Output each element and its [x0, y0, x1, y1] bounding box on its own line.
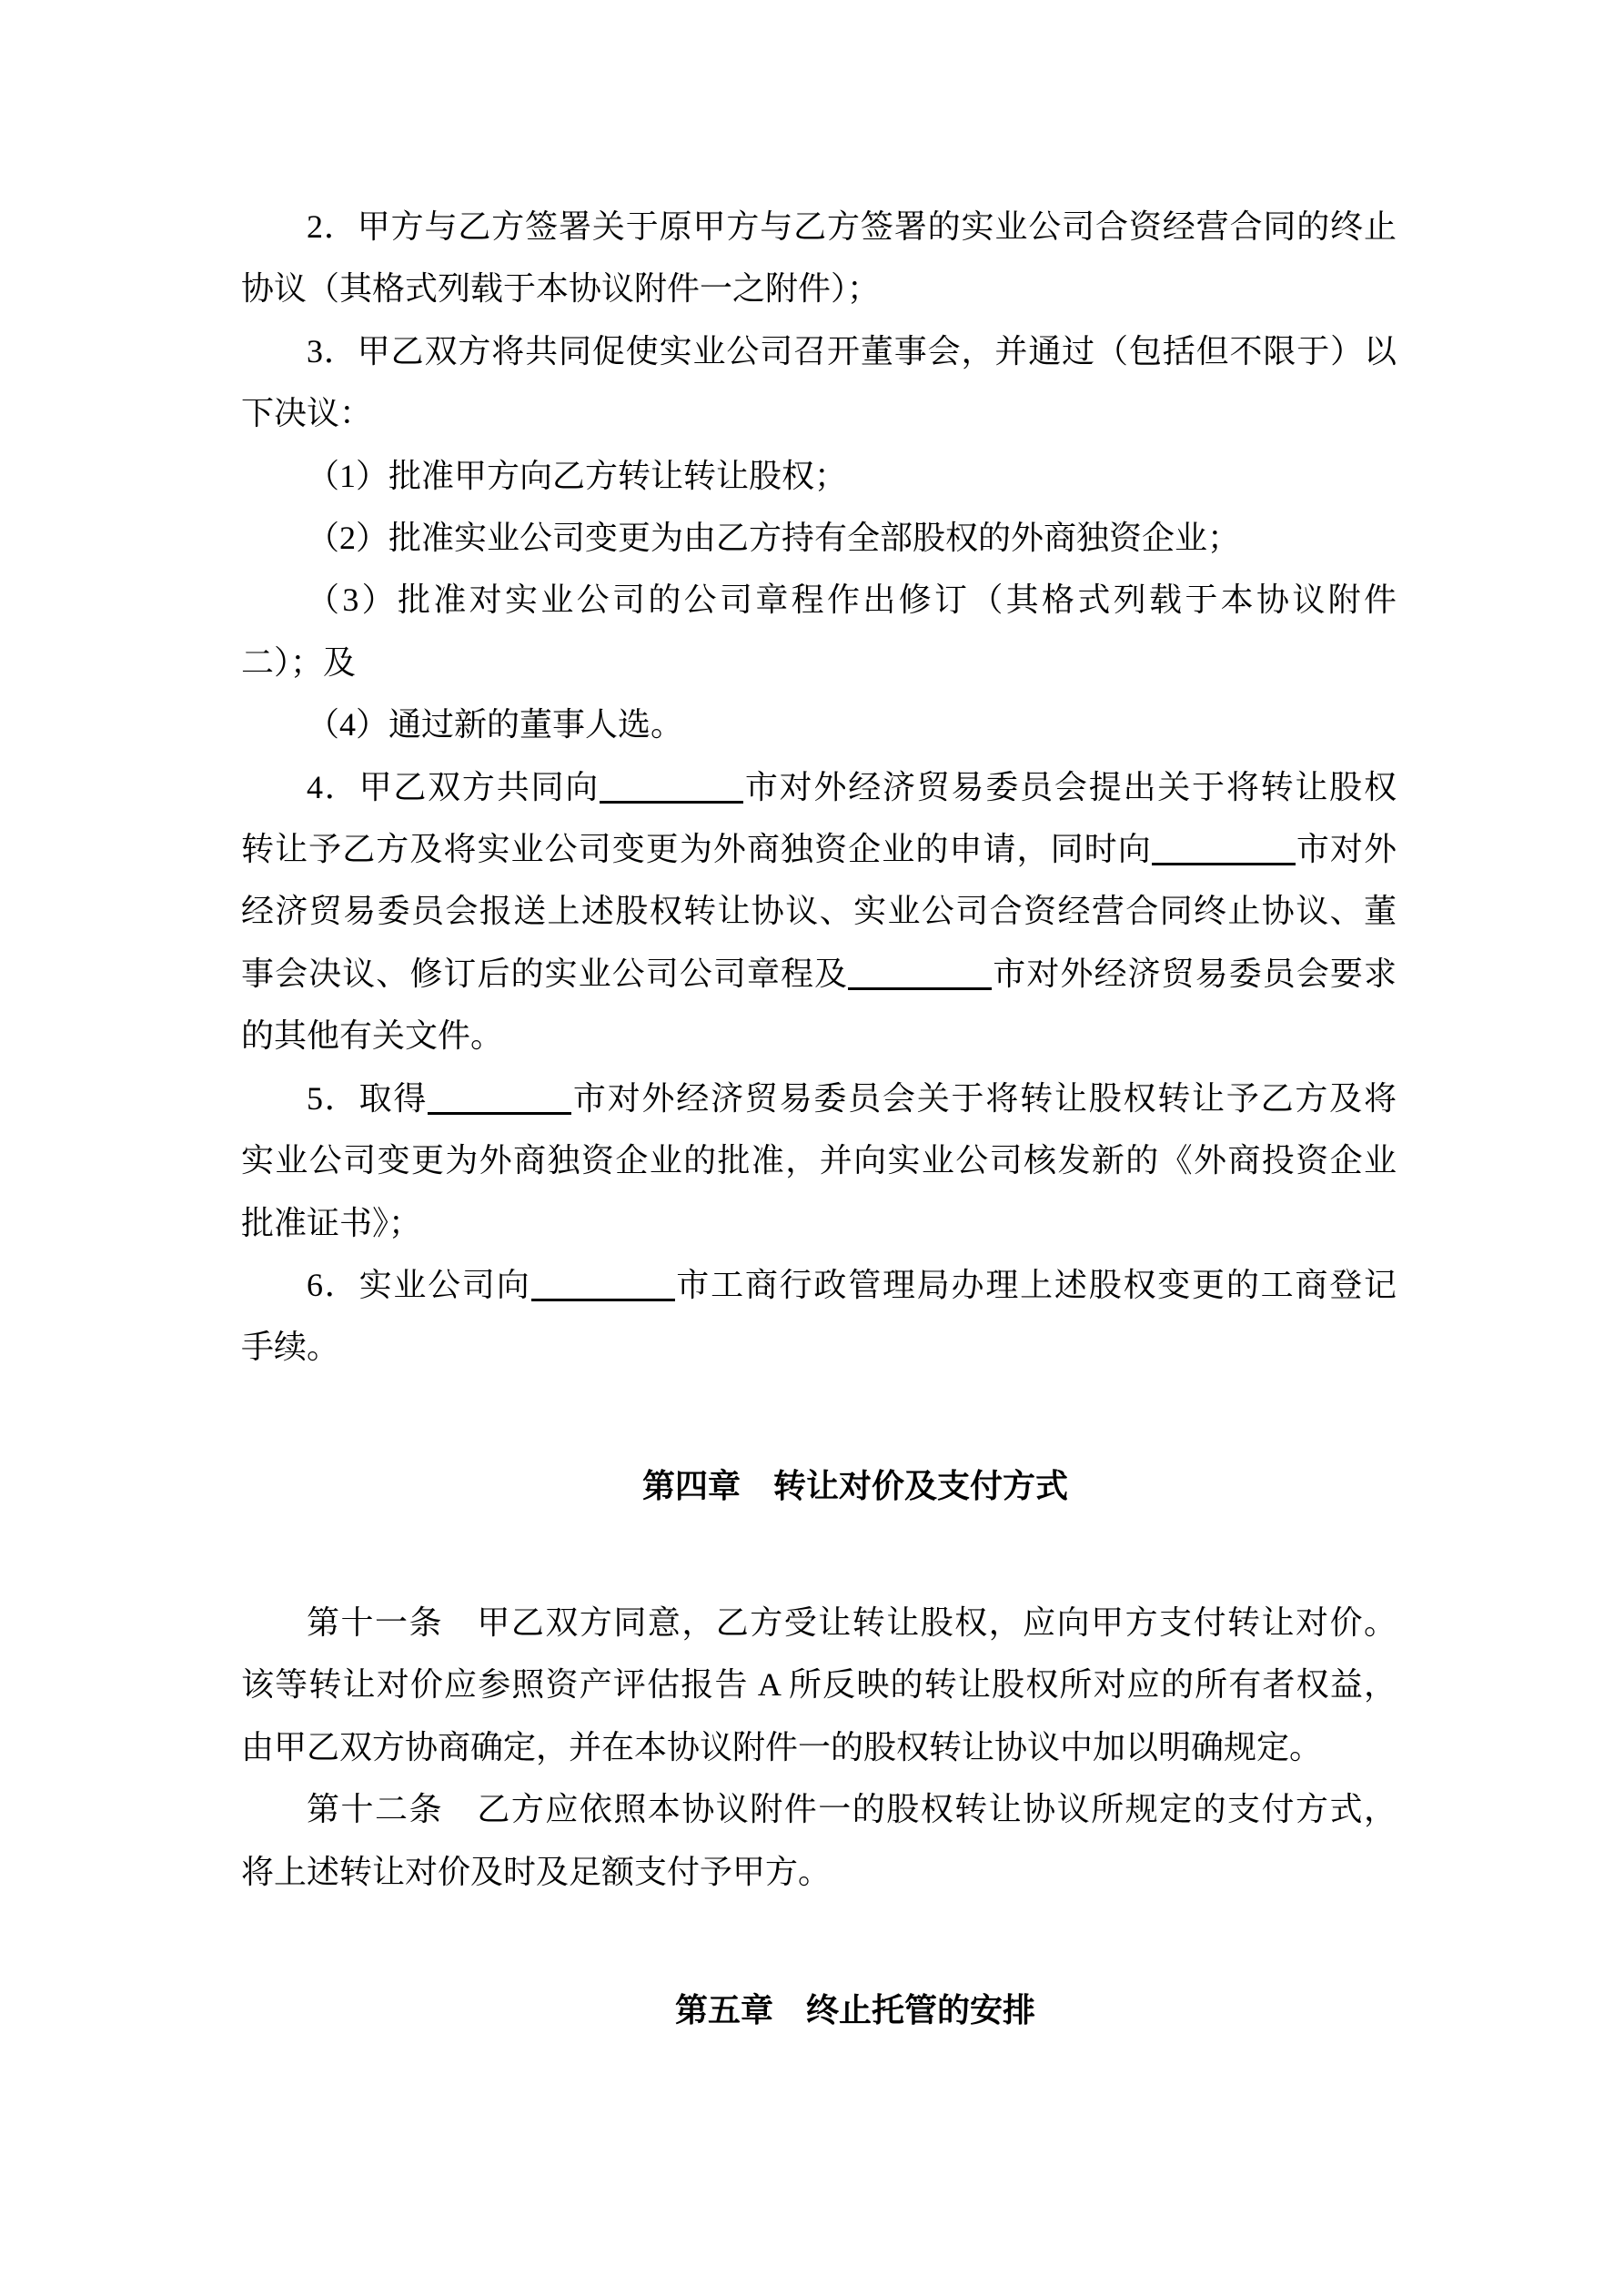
line-text: 协议（其格式列载于本协议附件一之附件）；	[241, 270, 880, 307]
document-body: 2．甲方与乙方签署关于原甲方与乙方签署的实业公司合资经营合同的终止 协议（其格式…	[241, 196, 1397, 2042]
line-text: 2．甲方与乙方签署关于原甲方与乙方签署的实业公司合资经营合同的终止	[307, 208, 1397, 245]
text-line: 5．取得市对外经济贸易委员会关于将转让股权转让予乙方及将	[241, 1067, 1397, 1129]
fill-in-blank	[1152, 826, 1296, 865]
line-text: 市对外经济贸易委员会要求	[992, 956, 1397, 992]
text-line: 经济贸易委员会报送上述股权转让协议、实业公司合资经营合同终止协议、董	[241, 880, 1397, 942]
chapter-heading-text: 第五章 终止托管的安排	[675, 1992, 1035, 2028]
text-line: 该等转让对价应参照资产评估报告 A 所反映的转让股权所对应的所有者权益，	[241, 1654, 1397, 1715]
text-line: 将上述转让对价及时及足额支付予甲方。	[241, 1841, 1397, 1903]
line-text: 二）；及	[241, 644, 356, 681]
text-line: 3．甲乙双方将共同促使实业公司召开董事会，并通过（包括但不限于）以	[241, 320, 1397, 382]
line-text: 将上述转让对价及时及足额支付予甲方。	[241, 1854, 831, 1890]
chapter-heading-text: 第四章 转让对价及支付方式	[642, 1468, 1068, 1504]
line-text: 市对外	[1296, 831, 1397, 867]
fill-in-blank	[848, 951, 992, 990]
line-text: 市对外经济贸易委员会关于将转让股权转让予乙方及将	[571, 1080, 1397, 1117]
text-line: 二）；及	[241, 632, 1397, 693]
line-text: 该等转让对价应参照资产评估报告 A 所反映的转让股权所对应的所有者权益，	[241, 1666, 1397, 1703]
fill-in-blank	[531, 1262, 675, 1301]
line-text: （2）批准实业公司变更为由乙方持有全部股权的外商独资企业；	[307, 520, 1240, 556]
text-line: 下决议：	[241, 382, 1397, 444]
line-text: 第十二条 乙方应依照本协议附件一的股权转让协议所规定的支付方式，	[307, 1791, 1397, 1827]
text-line: 第十一条 甲乙双方同意，乙方受让转让股权，应向甲方支付转让对价。	[241, 1592, 1397, 1654]
fill-in-blank	[600, 764, 743, 804]
text-line: 4．甲乙双方共同向市对外经济贸易委员会提出关于将转让股权	[241, 756, 1397, 818]
text-line: 实业公司变更为外商独资企业的批准，并向实业公司核发新的《外商投资企业	[241, 1129, 1397, 1191]
text-line: 6．实业公司向市工商行政管理局办理上述股权变更的工商登记	[241, 1254, 1397, 1316]
line-text: 4．甲乙双方共同向	[307, 769, 600, 805]
line-text: 由甲乙双方协商确定，并在本协议附件一的股权转让协议中加以明确规定。	[241, 1729, 1322, 1765]
chapter-5-heading: 第五章 终止托管的安排	[241, 1979, 1397, 2041]
text-line: 由甲乙双方协商确定，并在本协议附件一的股权转让协议中加以明确规定。	[241, 1716, 1397, 1778]
line-text: 事会决议、修订后的实业公司公司章程及	[241, 956, 848, 992]
document-page: 2．甲方与乙方签署关于原甲方与乙方签署的实业公司合资经营合同的终止 协议（其格式…	[0, 0, 1624, 2296]
line-text: （4）通过新的董事人选。	[307, 706, 683, 743]
chapter-4-heading: 第四章 转让对价及支付方式	[241, 1455, 1397, 1517]
line-text: （3）批准对实业公司的公司章程作出修订（其格式列载于本协议附件	[307, 582, 1397, 618]
text-line: 事会决议、修订后的实业公司公司章程及市对外经济贸易委员会要求	[241, 943, 1397, 1005]
line-text: 第十一条 甲乙双方同意，乙方受让转让股权，应向甲方支付转让对价。	[307, 1604, 1397, 1641]
list-item: （2）批准实业公司变更为由乙方持有全部股权的外商独资企业；	[241, 507, 1397, 569]
empty-line	[241, 1530, 1397, 1592]
empty-line	[241, 1903, 1397, 1965]
line-text: 手续。	[241, 1329, 339, 1365]
line-text: （1）批准甲方向乙方转让转让股权；	[307, 458, 847, 494]
text-line: 协议（其格式列载于本协议附件一之附件）；	[241, 258, 1397, 319]
line-text: 市工商行政管理局办理上述股权变更的工商登记	[675, 1267, 1397, 1303]
text-line: 的其他有关文件。	[241, 1005, 1397, 1067]
text-line: 第十二条 乙方应依照本协议附件一的股权转让协议所规定的支付方式，	[241, 1778, 1397, 1840]
text-line: 批准证书》；	[241, 1192, 1397, 1254]
list-item: （3）批准对实业公司的公司章程作出修订（其格式列载于本协议附件	[241, 569, 1397, 631]
list-item: （1）批准甲方向乙方转让转让股权；	[241, 445, 1397, 507]
text-line: 转让予乙方及将实业公司变更为外商独资企业的申请，同时向市对外	[241, 818, 1397, 880]
line-text: 实业公司变更为外商独资企业的批准，并向实业公司核发新的《外商投资企业	[241, 1142, 1397, 1178]
line-text: 5．取得	[307, 1080, 428, 1117]
line-text: 的其他有关文件。	[241, 1017, 503, 1054]
text-line: 手续。	[241, 1316, 1397, 1378]
line-text: 下决议：	[241, 395, 372, 431]
line-text: 转让予乙方及将实业公司变更为外商独资企业的申请，同时向	[241, 831, 1152, 867]
text-line: 2．甲方与乙方签署关于原甲方与乙方签署的实业公司合资经营合同的终止	[241, 196, 1397, 258]
fill-in-blank	[428, 1076, 571, 1115]
line-text: 6．实业公司向	[307, 1267, 531, 1303]
line-text: 经济贸易委员会报送上述股权转让协议、实业公司合资经营合同终止协议、董	[241, 893, 1397, 929]
empty-line	[241, 1379, 1397, 1441]
list-item: （4）通过新的董事人选。	[241, 693, 1397, 755]
line-text: 市对外经济贸易委员会提出关于将转让股权	[743, 769, 1397, 805]
line-text: 批准证书》；	[241, 1205, 421, 1241]
line-text: 3．甲乙双方将共同促使实业公司召开董事会，并通过（包括但不限于）以	[307, 333, 1397, 369]
